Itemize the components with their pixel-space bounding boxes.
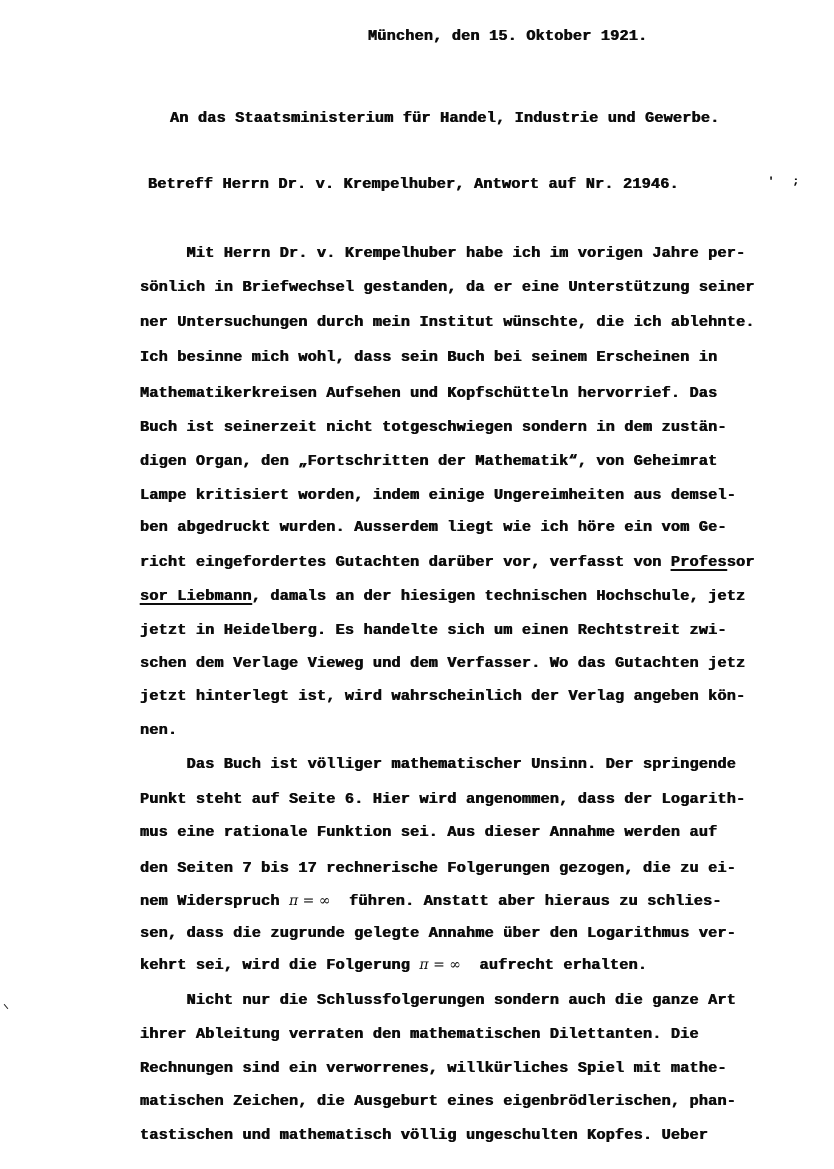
body-line: tastischen und mathematisch völlig unges… xyxy=(140,1128,708,1143)
line-text: schen dem Verlage Vieweg und dem Verfass… xyxy=(140,654,745,672)
body-line: richt eingefordertes Gutachten darüber v… xyxy=(140,555,755,570)
body-line: nen. xyxy=(140,723,177,738)
body-line: Punkt steht auf Seite 6. Hier wird angen… xyxy=(140,792,745,807)
body-line: kehrt sei, wird die Folgerung π = ∞ aufr… xyxy=(140,958,647,973)
line-text: nem Widerspruch xyxy=(140,892,289,910)
line-text: sönlich in Briefwechsel gestanden, da er… xyxy=(140,278,755,296)
addressee-line: An das Staatsministerium für Handel, Ind… xyxy=(170,111,720,126)
line-text: Mit Herrn Dr. v. Krempelhuber habe ich i… xyxy=(140,244,745,262)
body-line: Lampe kritisiert worden, indem einige Un… xyxy=(140,488,736,503)
body-line: matischen Zeichen, die Ausgeburt eines e… xyxy=(140,1094,736,1109)
line-text: Ich besinne mich wohl, dass sein Buch be… xyxy=(140,348,717,366)
line-text: führen. Anstatt aber hieraus zu schlies- xyxy=(331,892,722,910)
letter-page: München, den 15. Oktober 1921. An das St… xyxy=(0,0,834,1169)
line-text: ben abgedruckt wurden. Ausserdem liegt w… xyxy=(140,518,727,536)
line-text: Punkt steht auf Seite 6. Hier wird angen… xyxy=(140,790,745,808)
body-line: ihrer Ableitung verraten den mathematisc… xyxy=(140,1027,699,1042)
line-text: den Seiten 7 bis 17 rechnerische Folgeru… xyxy=(140,859,736,877)
line-text: Buch ist seinerzeit nicht totgeschwiegen… xyxy=(140,418,727,436)
body-line: jetzt in Heidelberg. Es handelte sich um… xyxy=(140,623,727,638)
body-line: sen, dass die zugrunde gelegte Annahme ü… xyxy=(140,926,736,941)
stray-marks: ' ; xyxy=(768,178,799,188)
line-text: ner Untersuchungen durch mein Institut w… xyxy=(140,313,755,331)
line-text: Das Buch ist völliger mathematischer Uns… xyxy=(140,755,736,773)
body-line: mus eine rationale Funktion sei. Aus die… xyxy=(140,825,717,840)
line-text: richt eingefordertes Gutachten darüber v… xyxy=(140,553,671,571)
date-line: München, den 15. Oktober 1921. xyxy=(368,29,647,44)
body-line: schen dem Verlage Vieweg und dem Verfass… xyxy=(140,656,745,671)
body-line: digen Organ, den „Fortschritten der Math… xyxy=(140,454,717,469)
line-text: mus eine rationale Funktion sei. Aus die… xyxy=(140,823,717,841)
line-text: sen, dass die zugrunde gelegte Annahme ü… xyxy=(140,924,736,942)
body-line: jetzt hinterlegt ist, wird wahrscheinlic… xyxy=(140,689,745,704)
line-text: Rechnungen sind ein verworrenes, willkür… xyxy=(140,1059,727,1077)
body-line: den Seiten 7 bis 17 rechnerische Folgeru… xyxy=(140,861,736,876)
underlined-name: Profes xyxy=(671,553,727,571)
line-text: ihrer Ableitung verraten den mathematisc… xyxy=(140,1025,699,1043)
body-line: Rechnungen sind ein verworrenes, willkür… xyxy=(140,1061,727,1076)
line-text: jetzt hinterlegt ist, wird wahrscheinlic… xyxy=(140,687,745,705)
line-text: Lampe kritisiert worden, indem einige Un… xyxy=(140,486,736,504)
body-line: Das Buch ist völliger mathematischer Uns… xyxy=(140,757,736,772)
body-line: Mit Herrn Dr. v. Krempelhuber habe ich i… xyxy=(140,246,745,261)
subject-line: Betreff Herrn Dr. v. Krempelhuber, Antwo… xyxy=(148,177,679,192)
body-line: Mathematikerkreisen Aufsehen und Kopfsch… xyxy=(140,386,717,401)
line-text: tastischen und mathematisch völlig unges… xyxy=(140,1126,708,1144)
line-text: nen. xyxy=(140,721,177,739)
body-line: ner Untersuchungen durch mein Institut w… xyxy=(140,315,755,330)
underlined-name: sor Liebmann xyxy=(140,587,252,605)
line-text: digen Organ, den „Fortschritten der Math… xyxy=(140,452,717,470)
line-text: sor xyxy=(727,553,755,571)
margin-mark xyxy=(4,1004,9,1009)
line-text: matischen Zeichen, die Ausgeburt eines e… xyxy=(140,1092,736,1110)
body-line: Buch ist seinerzeit nicht totgeschwiegen… xyxy=(140,420,727,435)
body-line: Ich besinne mich wohl, dass sein Buch be… xyxy=(140,350,717,365)
body-line: sor Liebmann, damals an der hiesigen tec… xyxy=(140,589,745,604)
handwritten-formula: π = ∞ xyxy=(419,957,461,973)
body-line: ben abgedruckt wurden. Ausserdem liegt w… xyxy=(140,520,727,535)
handwritten-formula: π = ∞ xyxy=(289,893,331,909)
line-text: Nicht nur die Schlussfolgerungen sondern… xyxy=(140,991,736,1009)
line-text: kehrt sei, wird die Folgerung xyxy=(140,956,419,974)
line-text: jetzt in Heidelberg. Es handelte sich um… xyxy=(140,621,727,639)
line-text: Mathematikerkreisen Aufsehen und Kopfsch… xyxy=(140,384,717,402)
body-line: sönlich in Briefwechsel gestanden, da er… xyxy=(140,280,755,295)
body-line: Nicht nur die Schlussfolgerungen sondern… xyxy=(140,993,736,1008)
body-line: nem Widerspruch π = ∞ führen. Anstatt ab… xyxy=(140,894,722,909)
line-text: , damals an der hiesigen technischen Hoc… xyxy=(252,587,746,605)
line-text: aufrecht erhalten. xyxy=(461,956,647,974)
